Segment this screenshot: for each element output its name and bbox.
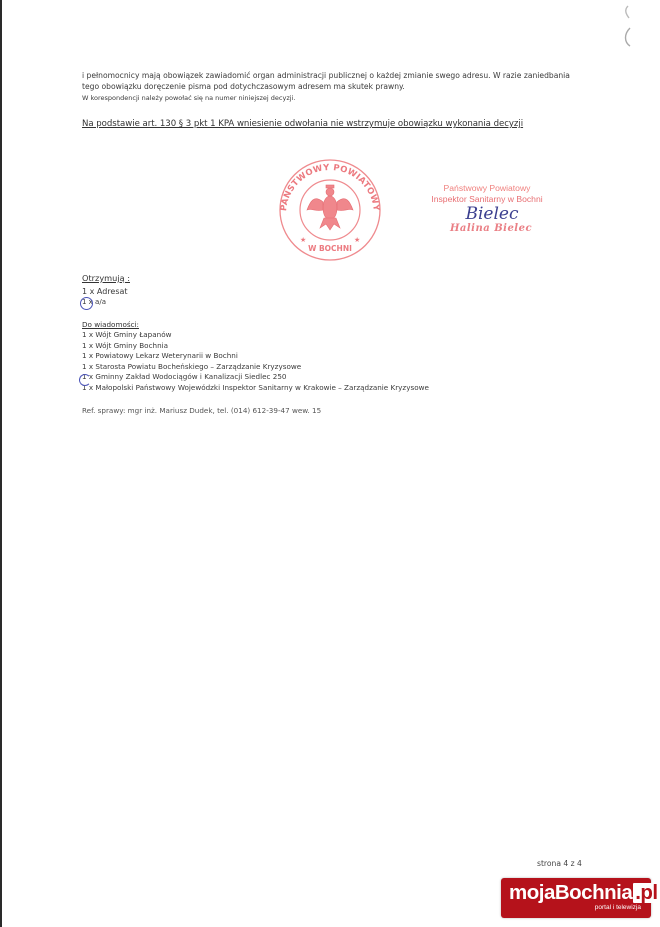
page-number: strona 4 z 4: [537, 859, 582, 868]
svg-text:★: ★: [300, 236, 306, 244]
list-item: 1 x Wójt Gminy Łapanów: [82, 330, 429, 341]
signatory-name: Halina Bielec: [420, 223, 562, 235]
pen-circle-mark: [80, 297, 93, 310]
pen-circle-mark: [79, 374, 91, 386]
list-item: 1 x Wójt Gminy Bochnia: [82, 341, 429, 352]
watermark-logo: mojaBochnia.pl portal i telewizja: [501, 878, 651, 918]
notice-paragraph-line-2: tego obowiązku doręczenie pisma pod doty…: [82, 81, 405, 92]
for-information-heading: Do wiadomości:: [82, 320, 139, 329]
svg-text:★: ★: [354, 236, 360, 244]
page-border: [0, 0, 2, 927]
stamp-bottom-text: W BOCHNI: [308, 244, 352, 253]
notice-paragraph-line-1: i pełnomocnicy mają obowiązek zawiadomić…: [82, 70, 570, 81]
official-stamp: PAŃSTWOWY POWIATOWY INSPEKTOR SANITARNY …: [274, 158, 386, 262]
pen-mark-icon: [614, 2, 644, 52]
recipients-heading: Otrzymują :: [82, 273, 130, 283]
signature-block: Państwowy Powiatowy Inspektor Sanitarny …: [412, 183, 562, 235]
list-item: 1 x Starosta Powiatu Bocheńskiego – Zarz…: [82, 362, 429, 373]
handwritten-signature: Bielec: [422, 205, 562, 223]
signatory-title-line-1: Państwowy Powiatowy: [412, 183, 562, 194]
case-reference: Ref. sprawy: mgr inż. Mariusz Dudek, tel…: [82, 406, 321, 415]
logo-brand: mojaBochnia: [509, 881, 632, 904]
list-item: 1 x Adresat: [82, 286, 128, 297]
eagle-emblem-icon: [307, 185, 353, 230]
logo-tagline: portal i telewizja: [595, 904, 641, 911]
for-information-list: 1 x Wójt Gminy Łapanów 1 x Wójt Gminy Bo…: [82, 330, 429, 393]
list-item: 1 x Powiatowy Lekarz Weterynarii w Bochn…: [82, 351, 429, 362]
logo-tld: .pl: [633, 883, 659, 903]
list-item: 1 x Gminny Zakład Wodociągów i Kanalizac…: [82, 372, 429, 383]
correspondence-note: W korespondencji należy powołać się na n…: [82, 93, 295, 104]
legal-note: Na podstawie art. 130 § 3 pkt 1 KPA wnie…: [82, 119, 523, 129]
list-item: 1 x Małopolski Państwowy Wojewódzki Insp…: [82, 383, 429, 394]
